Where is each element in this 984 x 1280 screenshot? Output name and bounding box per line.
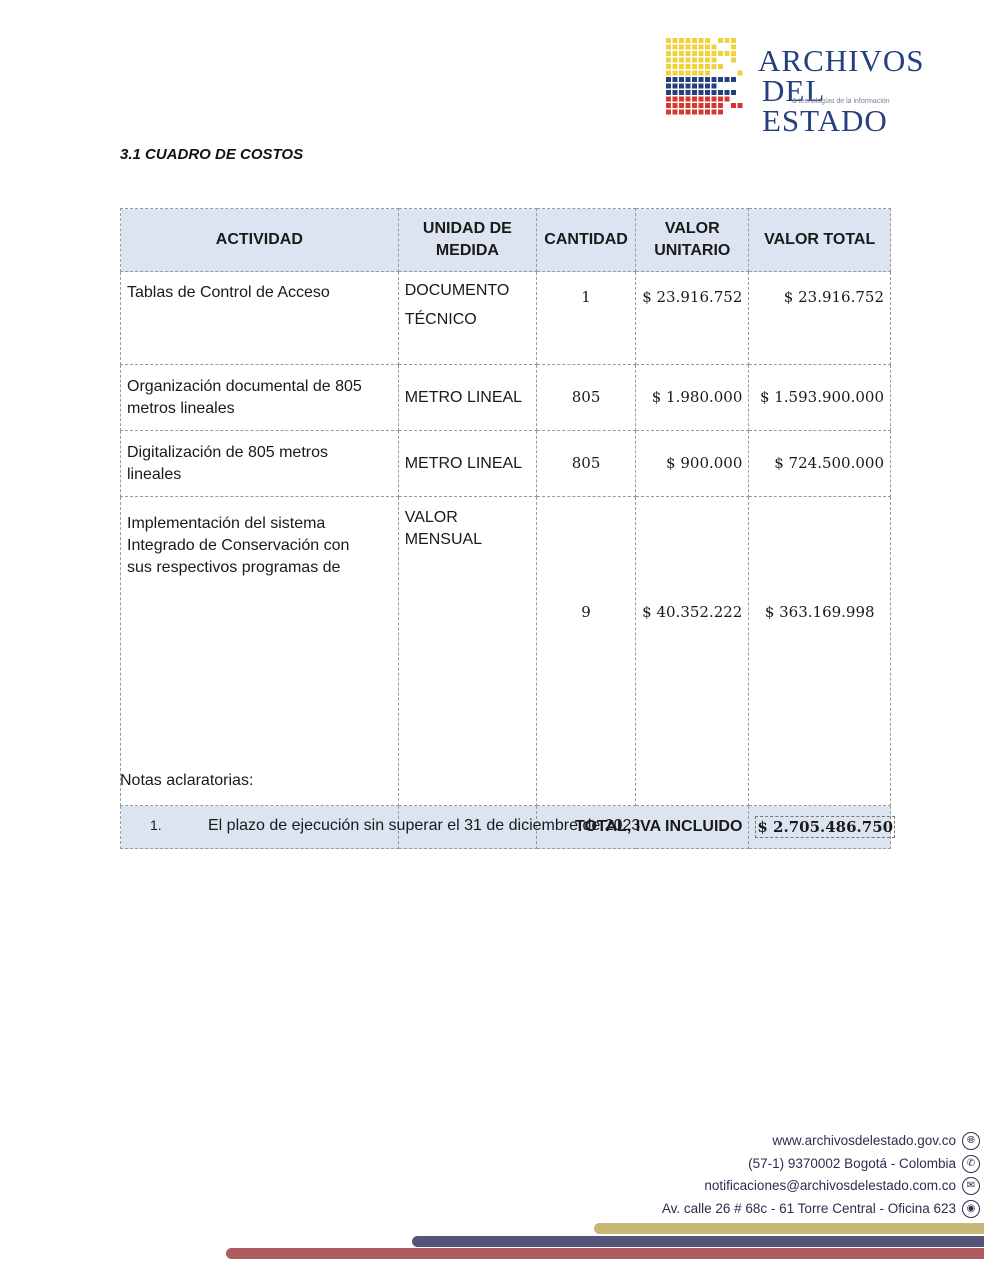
cell-unidad: VALORMENSUAL <box>398 497 536 806</box>
phone-text: (57-1) 9370002 Bogotá - Colombia <box>748 1153 956 1175</box>
email-link[interactable]: notificaciones@archivosdelestado.com.co <box>704 1175 956 1197</box>
header-actividad: ACTIVIDAD <box>121 209 399 272</box>
website-link[interactable]: www.archivosdelestado.gov.co <box>772 1130 956 1152</box>
footer-bar-red <box>226 1248 984 1259</box>
cell-unidad: METRO LINEAL <box>398 431 536 497</box>
cell-valor-total: $ 724.500.000 <box>749 431 891 497</box>
company-logo: ARCHIVOS DEL ESTADO & tecnologías de la … <box>666 36 936 116</box>
header-valor-unitario: VALORUNITARIO <box>636 209 749 272</box>
cell-unidad: DOCUMENTOTÉCNICO <box>398 272 536 365</box>
cell-valor-total: $ 23.916.752 <box>749 272 891 365</box>
phone-icon: ✆ <box>962 1155 980 1173</box>
footer-bar-gold <box>594 1223 984 1234</box>
table-row: Digitalización de 805 metroslineales MET… <box>121 431 891 497</box>
envelope-icon: ✉ <box>962 1177 980 1195</box>
section-title: 3.1 CUADRO DE COSTOS <box>120 146 303 163</box>
note-item: 1.El plazo de ejecución sin superar el 3… <box>150 817 640 835</box>
header-unidad-medida: UNIDAD DEMEDIDA <box>398 209 536 272</box>
cell-valor-unitario: $ 1.980.000 <box>636 365 749 431</box>
table-header-row: ACTIVIDAD UNIDAD DEMEDIDA CANTIDAD VALOR… <box>121 209 891 272</box>
cell-actividad: Tablas de Control de Acceso <box>121 272 399 365</box>
cost-table: ACTIVIDAD UNIDAD DEMEDIDA CANTIDAD VALOR… <box>120 208 891 849</box>
cell-actividad: Digitalización de 805 metroslineales <box>121 431 399 497</box>
note-text: El plazo de ejecución sin superar el 31 … <box>208 817 640 834</box>
table-row: Organización documental de 805metros lin… <box>121 365 891 431</box>
cell-cantidad: 9 <box>537 497 636 806</box>
logo-line-2: DEL ESTADO <box>762 76 936 136</box>
cell-valor-unitario: $ 23.916.752 <box>636 272 749 365</box>
cell-valor-total: $ 1.593.900.000 <box>749 365 891 431</box>
cell-unidad: METRO LINEAL <box>398 365 536 431</box>
cell-valor-unitario: $ 40.352.222 <box>636 497 749 806</box>
footer-phone: (57-1) 9370002 Bogotá - Colombia ✆ <box>662 1153 980 1176</box>
note-number: 1. <box>150 817 208 833</box>
table-row: Implementación del sistemaIntegrado de C… <box>121 497 891 806</box>
cell-cantidad: 805 <box>537 431 636 497</box>
footer-contact: www.archivosdelestado.gov.co 🌐︎ (57-1) 9… <box>662 1130 980 1220</box>
notes-title: Notas aclaratorias: <box>120 772 253 790</box>
footer-address: Av. calle 26 # 68c - 61 Torre Central - … <box>662 1198 980 1221</box>
cell-cantidad: 1 <box>537 272 636 365</box>
cell-cantidad: 805 <box>537 365 636 431</box>
logo-line-1: ARCHIVOS <box>758 46 936 76</box>
cell-valor-total: $ 363.169.998 <box>749 497 891 806</box>
location-pin-icon: ◉ <box>962 1200 980 1218</box>
cell-valor-unitario: $ 900.000 <box>636 431 749 497</box>
total-value: $ 2.705.486.750 <box>749 806 891 849</box>
globe-icon: 🌐︎ <box>962 1132 980 1150</box>
pixel-flag-logo-icon <box>666 36 758 116</box>
footer-email: notificaciones@archivosdelestado.com.co … <box>662 1175 980 1198</box>
cell-actividad: Organización documental de 805metros lin… <box>121 365 399 431</box>
footer-bar-navy <box>412 1236 984 1247</box>
table-row: Tablas de Control de Acceso DOCUMENTOTÉC… <box>121 272 891 365</box>
cell-actividad: Implementación del sistemaIntegrado de C… <box>121 497 399 806</box>
header-cantidad: CANTIDAD <box>537 209 636 272</box>
address-text: Av. calle 26 # 68c - 61 Torre Central - … <box>662 1198 956 1220</box>
logo-wordmark: ARCHIVOS DEL ESTADO <box>758 46 936 136</box>
logo-tagline: & tecnologías de la información <box>792 98 890 105</box>
footer-website: www.archivosdelestado.gov.co 🌐︎ <box>662 1130 980 1153</box>
header-valor-total: VALOR TOTAL <box>749 209 891 272</box>
